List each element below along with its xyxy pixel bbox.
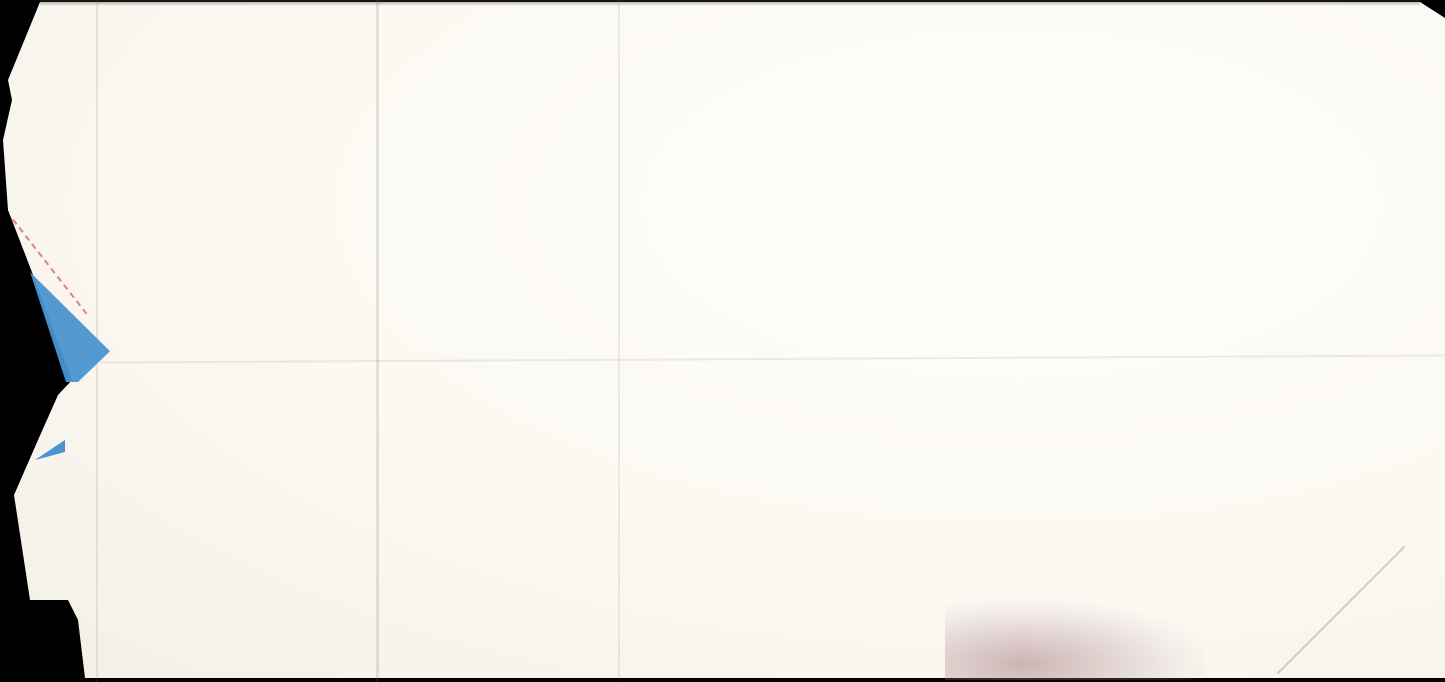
top-edge-shadow [40,0,1420,6]
vertical-fold-center [618,0,620,682]
paper-sheet [0,0,1445,682]
vertical-fold-center-left [376,0,379,682]
scanned-paper-image [0,0,1445,682]
stain-mark [945,600,1205,680]
